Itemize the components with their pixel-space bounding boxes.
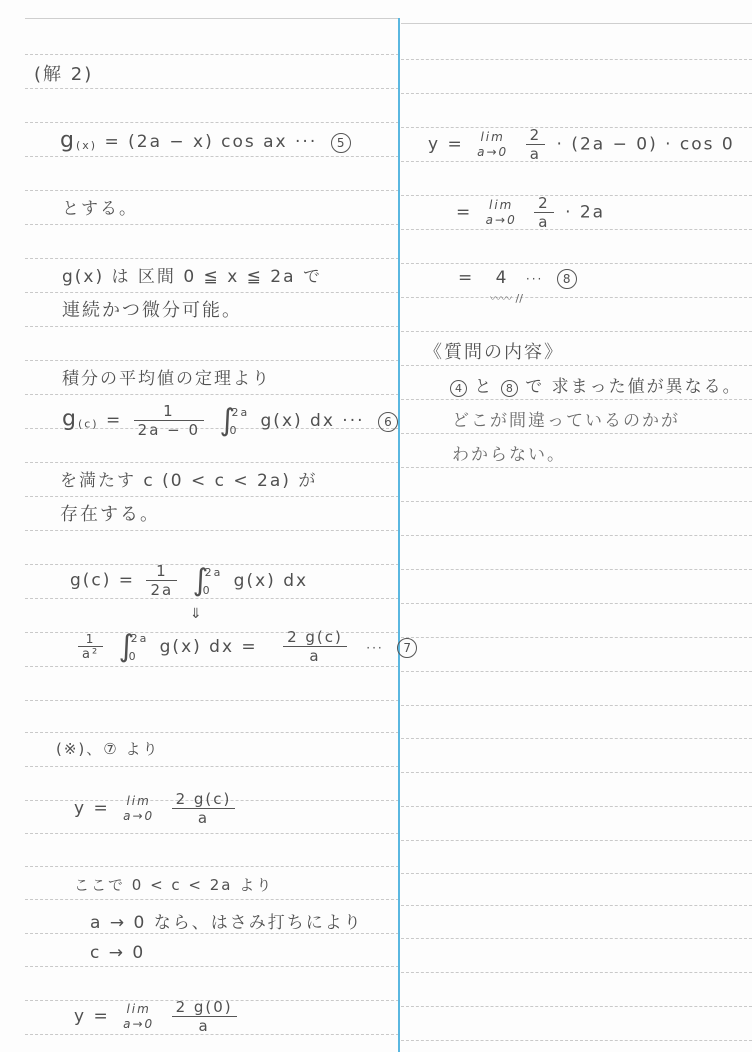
rule-line	[25, 700, 399, 701]
lim-label: lim	[123, 794, 154, 809]
rule-line	[401, 972, 752, 973]
r1-limit: lima→0	[477, 130, 508, 160]
lim-subscript: a→0	[123, 1017, 154, 1032]
equation-6: g(c) = 1 2a − 0 ∫2a0 g(x) dx ··· 6	[62, 402, 398, 439]
ref-tag-4: 4	[450, 380, 467, 397]
rule-line	[401, 365, 752, 366]
rule-line	[25, 933, 399, 934]
right-equation-1: y = lima→0 2 a · (2a − 0) · cos 0	[428, 126, 735, 163]
eq7-num-right: 2 g(c)	[283, 628, 347, 647]
eqgc-lhs: g(c) =	[70, 571, 135, 591]
rule-line	[401, 738, 752, 739]
r2-num: 2	[534, 194, 554, 213]
integral-sign: ∫2a0	[193, 566, 211, 596]
rule-line	[25, 833, 399, 834]
y-equation-2: y = lima→0 2 g(0) a	[74, 998, 241, 1035]
r1-num: 2	[526, 126, 546, 145]
rule-line	[25, 394, 399, 395]
r1-lhs: y =	[428, 135, 464, 155]
r3-value: 4	[496, 268, 509, 288]
y1-num: 2 g(c)	[172, 790, 236, 809]
rule-line	[25, 732, 399, 733]
lim-subscript: a→0	[486, 213, 517, 228]
y-equation-1: y = lima→0 2 g(c) a	[74, 790, 239, 827]
eqgc-integrand: g(x) dx	[234, 571, 308, 591]
rule-line	[401, 23, 752, 24]
solution-heading: (解 2)	[34, 60, 93, 86]
eq7-left-fraction: 1 a²	[78, 632, 103, 662]
lim-label: lim	[477, 130, 508, 145]
rule-line	[401, 263, 752, 264]
satisfy-line: を満たす c (0 < c < 2a) が	[60, 466, 317, 491]
y2-num: 2 g(0)	[172, 998, 237, 1017]
lim-subscript: a→0	[477, 145, 508, 160]
r1-rest: · (2a − 0) · cos 0	[557, 135, 735, 155]
rule-line	[25, 899, 399, 900]
rule-line	[401, 1040, 752, 1041]
int-lower: 0	[129, 642, 138, 672]
continuity-line-2: 連続かつ微分可能。	[62, 296, 242, 322]
eq6-num: 1	[134, 402, 204, 421]
eq5-rhs: = (2a − x) cos ax ···	[104, 132, 317, 152]
rule-line	[25, 122, 399, 123]
r2-limit: lima→0	[486, 198, 517, 228]
q1-rest: で 求まった値が異なる。	[525, 377, 741, 397]
y1-fraction: 2 g(c) a	[172, 790, 236, 827]
y1-den: a	[172, 809, 236, 827]
r2-lhs: =	[456, 203, 472, 223]
integral-sign: ∫2a0	[119, 632, 137, 662]
rule-line	[401, 1006, 752, 1007]
eq5-lhs-sub: (x)	[76, 139, 97, 152]
rule-line	[401, 331, 752, 332]
ref-tag-8: 8	[501, 380, 518, 397]
eq7-dots: ···	[366, 641, 383, 655]
rule-line	[401, 772, 752, 773]
rule-line	[25, 156, 399, 157]
tosuru-text: とする。	[62, 194, 138, 219]
eq6-den: 2a − 0	[134, 421, 204, 439]
rule-line	[401, 297, 752, 298]
rule-line	[401, 399, 752, 400]
y2-fraction: 2 g(0) a	[172, 998, 237, 1035]
rule-line	[25, 496, 399, 497]
rule-line	[25, 360, 399, 361]
eq6-fraction: 1 2a − 0	[134, 402, 204, 439]
answer-underline-mark: 〰〰 //	[490, 290, 523, 306]
rule-line	[25, 966, 399, 967]
question-line-3: わからない。	[452, 440, 566, 465]
eq7-integrand: g(x) dx =	[160, 637, 258, 657]
right-equation-2: = lima→0 2 a · 2a	[456, 194, 605, 231]
r3-lhs: =	[458, 268, 474, 288]
rule-line	[25, 224, 399, 225]
eq-tag-6: 6	[378, 412, 398, 432]
rule-line	[401, 873, 752, 874]
column-divider	[398, 18, 400, 1052]
rule-line	[401, 938, 752, 939]
rule-line	[25, 258, 399, 259]
rule-line	[25, 292, 399, 293]
eq6-equals: =	[106, 411, 122, 431]
y2-limit: lima→0	[123, 1002, 154, 1032]
implies-arrow-icon: ⇓	[190, 606, 204, 622]
notebook-page: (解 2) g(x) = (2a − x) cos ax ··· 5 とする。 …	[0, 0, 752, 1052]
rule-line	[401, 433, 752, 434]
eq-tag-8: 8	[557, 269, 577, 289]
rule-line	[401, 467, 752, 468]
integral-sign: ∫2a0	[219, 406, 237, 436]
r2-rest: · 2a	[565, 203, 605, 223]
r1-fraction: 2 a	[526, 126, 546, 163]
right-equation-3: = 4 ··· 8	[458, 268, 577, 289]
c-to-zero-line: c → 0	[90, 943, 145, 963]
eq-tag-5: 5	[331, 133, 351, 153]
rule-line	[401, 535, 752, 536]
r3-dots: ···	[526, 272, 543, 286]
r2-fraction: 2 a	[534, 194, 554, 231]
int-lower: 0	[229, 416, 238, 446]
rule-line	[25, 326, 399, 327]
rule-line	[401, 59, 752, 60]
rule-line	[25, 190, 399, 191]
y1-lhs: y =	[74, 799, 110, 819]
rule-line	[401, 93, 752, 94]
lim-subscript: a→0	[123, 809, 154, 824]
rule-line	[401, 637, 752, 638]
here-line: ここで 0 < c < 2a より	[74, 874, 273, 895]
eqgc-num: 1	[146, 562, 177, 581]
y2-lhs: y =	[74, 1007, 110, 1027]
rule-line	[25, 666, 399, 667]
rule-line	[25, 766, 399, 767]
y2-den: a	[172, 1017, 237, 1035]
r1-den: a	[526, 145, 546, 163]
eq5-lhs: g	[60, 128, 76, 153]
eq6-integrand: g(x) dx ···	[261, 411, 365, 431]
eq-tag-7: 7	[397, 638, 417, 658]
rule-line	[401, 603, 752, 604]
eqgc-fraction: 1 2a	[146, 562, 177, 599]
question-line-2: どこが間違っているのかが	[452, 406, 680, 431]
mvt-intro: 積分の平均値の定理より	[62, 364, 271, 389]
rule-line	[25, 18, 399, 19]
from-refs-line: (※)、⑦ より	[56, 738, 160, 759]
q1-mid: と	[474, 377, 493, 397]
lim-label: lim	[123, 1002, 154, 1017]
rule-line	[25, 462, 399, 463]
question-line-1: 4 と 8 で 求まった値が異なる。	[450, 372, 742, 397]
rule-line	[25, 866, 399, 867]
eq6-lhs: g	[62, 407, 78, 432]
eq7-den-left: a²	[78, 647, 103, 662]
rule-line	[25, 530, 399, 531]
equation-gc: g(c) = 1 2a ∫2a0 g(x) dx	[70, 562, 308, 599]
eq7-num-left: 1	[78, 632, 103, 647]
rule-line	[401, 501, 752, 502]
eq7-right-fraction: 2 g(c) a	[283, 628, 347, 665]
rule-line	[401, 840, 752, 841]
eq6-lhs-sub: (c)	[78, 418, 99, 431]
equation-5: g(x) = (2a − x) cos ax ··· 5	[60, 128, 351, 153]
eq7-den-right: a	[283, 647, 347, 665]
rule-line	[401, 806, 752, 807]
eqgc-den: 2a	[146, 581, 177, 599]
continuity-line-1: g(x) は 区間 0 ≦ x ≦ 2a で	[62, 262, 322, 287]
equation-7: 1 a² ∫2a0 g(x) dx = 2 g(c) a ··· 7	[74, 628, 417, 665]
exists-line: 存在する。	[60, 500, 160, 526]
lim-label: lim	[486, 198, 517, 213]
rule-line	[25, 54, 399, 55]
rule-line	[401, 569, 752, 570]
rule-line	[401, 705, 752, 706]
rule-line	[25, 88, 399, 89]
squeeze-line: a → 0 なら、はさみ打ちにより	[90, 908, 363, 933]
question-title: 《質問の内容》	[424, 338, 564, 364]
r2-den: a	[534, 213, 554, 231]
y1-limit: lima→0	[123, 794, 154, 824]
rule-line	[401, 905, 752, 906]
int-lower: 0	[203, 576, 212, 606]
rule-line	[401, 671, 752, 672]
